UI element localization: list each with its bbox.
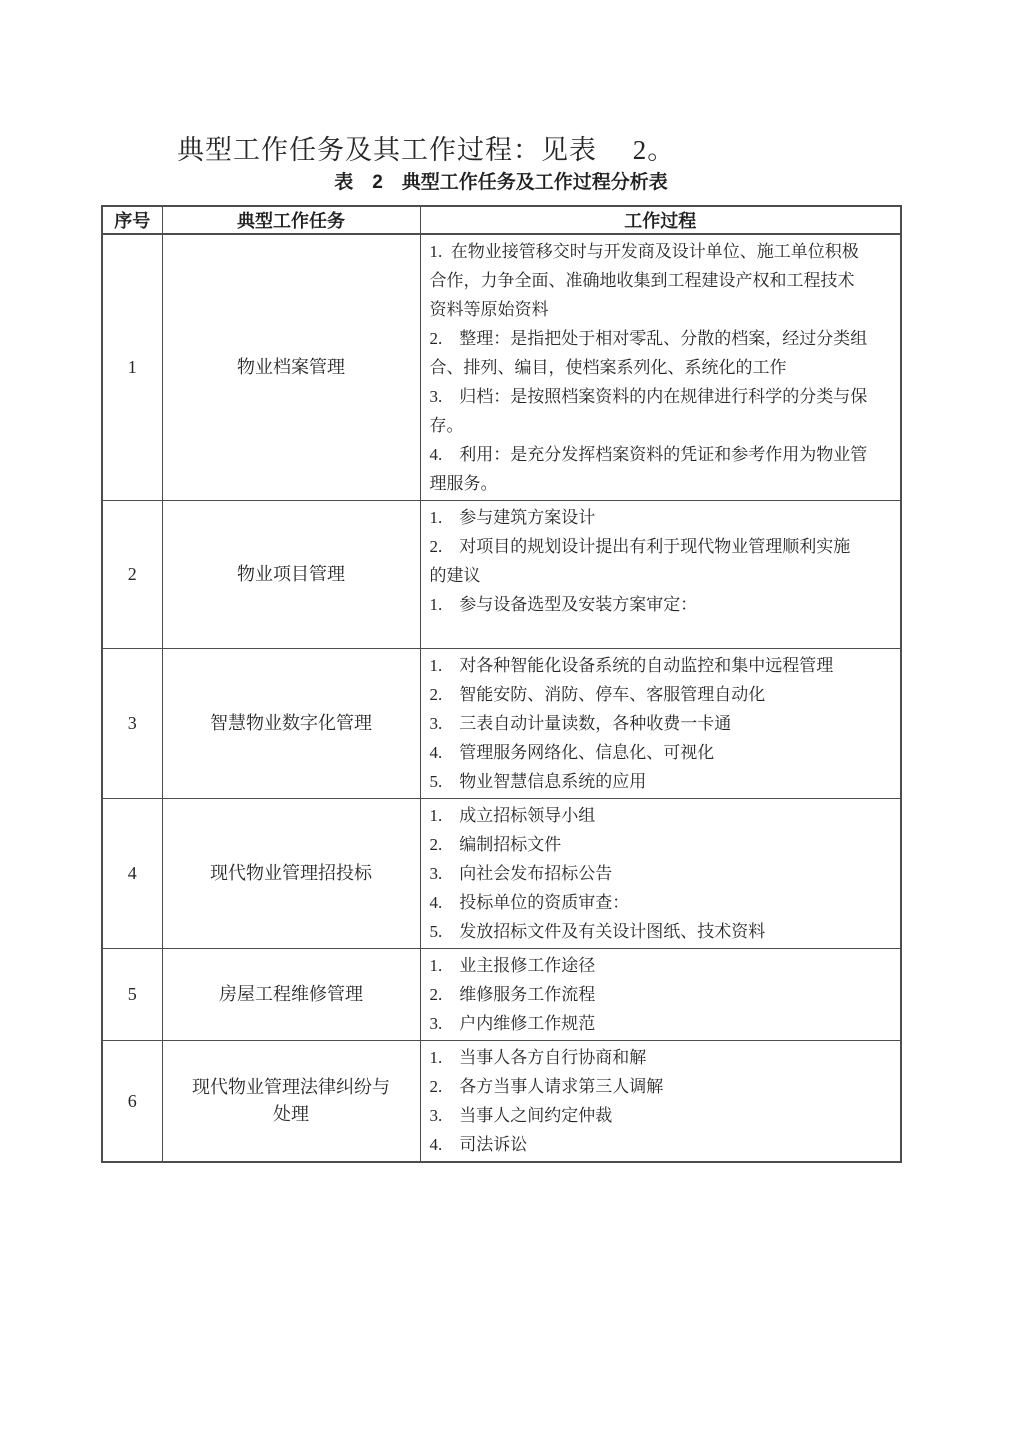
work-process-cell: 1. 成立招标领导小组 2. 编制招标文件 3. 向社会发布招标公告 4. 投标… [420,799,901,949]
task-name-cell: 物业项目管理 [162,501,420,649]
table-header-row: 序号 典型工作任务 工作过程 [102,206,901,234]
row-number-cell: 4 [102,799,162,949]
work-process-cell: 1. 在物业接管移交时与开发商及设计单位、施工单位积极 合作，力争全面、准确地收… [420,234,901,501]
task-name-cell: 房屋工程维修管理 [162,949,420,1041]
column-header-work-process: 工作过程 [420,206,901,234]
table-row: 2 物业项目管理 1. 参与建筑方案设计 2. 对项目的规划设计提出有利于现代物… [102,501,901,649]
work-process-cell: 1. 参与建筑方案设计 2. 对项目的规划设计提出有利于现代物业管理顺利实施 的… [420,501,901,649]
task-name-cell: 物业档案管理 [162,234,420,501]
row-number-cell: 6 [102,1041,162,1163]
table-row: 4 现代物业管理招投标 1. 成立招标领导小组 2. 编制招标文件 3. 向社会… [102,799,901,949]
row-number-cell: 3 [102,649,162,799]
row-number-cell: 5 [102,949,162,1041]
table-section: 表 2 典型工作任务及工作过程分析表 序号 典型工作任务 工作过程 1 物业档案… [101,170,901,1163]
page-title: 典型工作任务及其工作过程：见表 2。 [177,128,675,167]
task-name-cell: 现代物业管理招投标 [162,799,420,949]
work-process-cell: 1. 对各种智能化设备系统的自动监控和集中远程管理 2. 智能安防、消防、停车、… [420,649,901,799]
table-row: 3 智慧物业数字化管理 1. 对各种智能化设备系统的自动监控和集中远程管理 2.… [102,649,901,799]
task-name-cell: 智慧物业数字化管理 [162,649,420,799]
column-header-typical-task: 典型工作任务 [162,206,420,234]
table-caption: 表 2 典型工作任务及工作过程分析表 [101,170,901,205]
row-number-cell: 1 [102,234,162,501]
task-name-cell: 现代物业管理法律纠纷与 处理 [162,1041,420,1163]
work-process-cell: 1. 业主报修工作途径 2. 维修服务工作流程 3. 户内维修工作规范 [420,949,901,1041]
table-row: 6 现代物业管理法律纠纷与 处理 1. 当事人各方自行协商和解 2. 各方当事人… [102,1041,901,1163]
table-row: 1 物业档案管理 1. 在物业接管移交时与开发商及设计单位、施工单位积极 合作，… [102,234,901,501]
table-row: 5 房屋工程维修管理 1. 业主报修工作途径 2. 维修服务工作流程 3. 户内… [102,949,901,1041]
column-header-serial-number: 序号 [102,206,162,234]
work-process-cell: 1. 当事人各方自行协商和解 2. 各方当事人请求第三人调解 3. 当事人之间约… [420,1041,901,1163]
work-task-analysis-table: 序号 典型工作任务 工作过程 1 物业档案管理 1. 在物业接管移交时与开发商及… [101,205,902,1163]
row-number-cell: 2 [102,501,162,649]
